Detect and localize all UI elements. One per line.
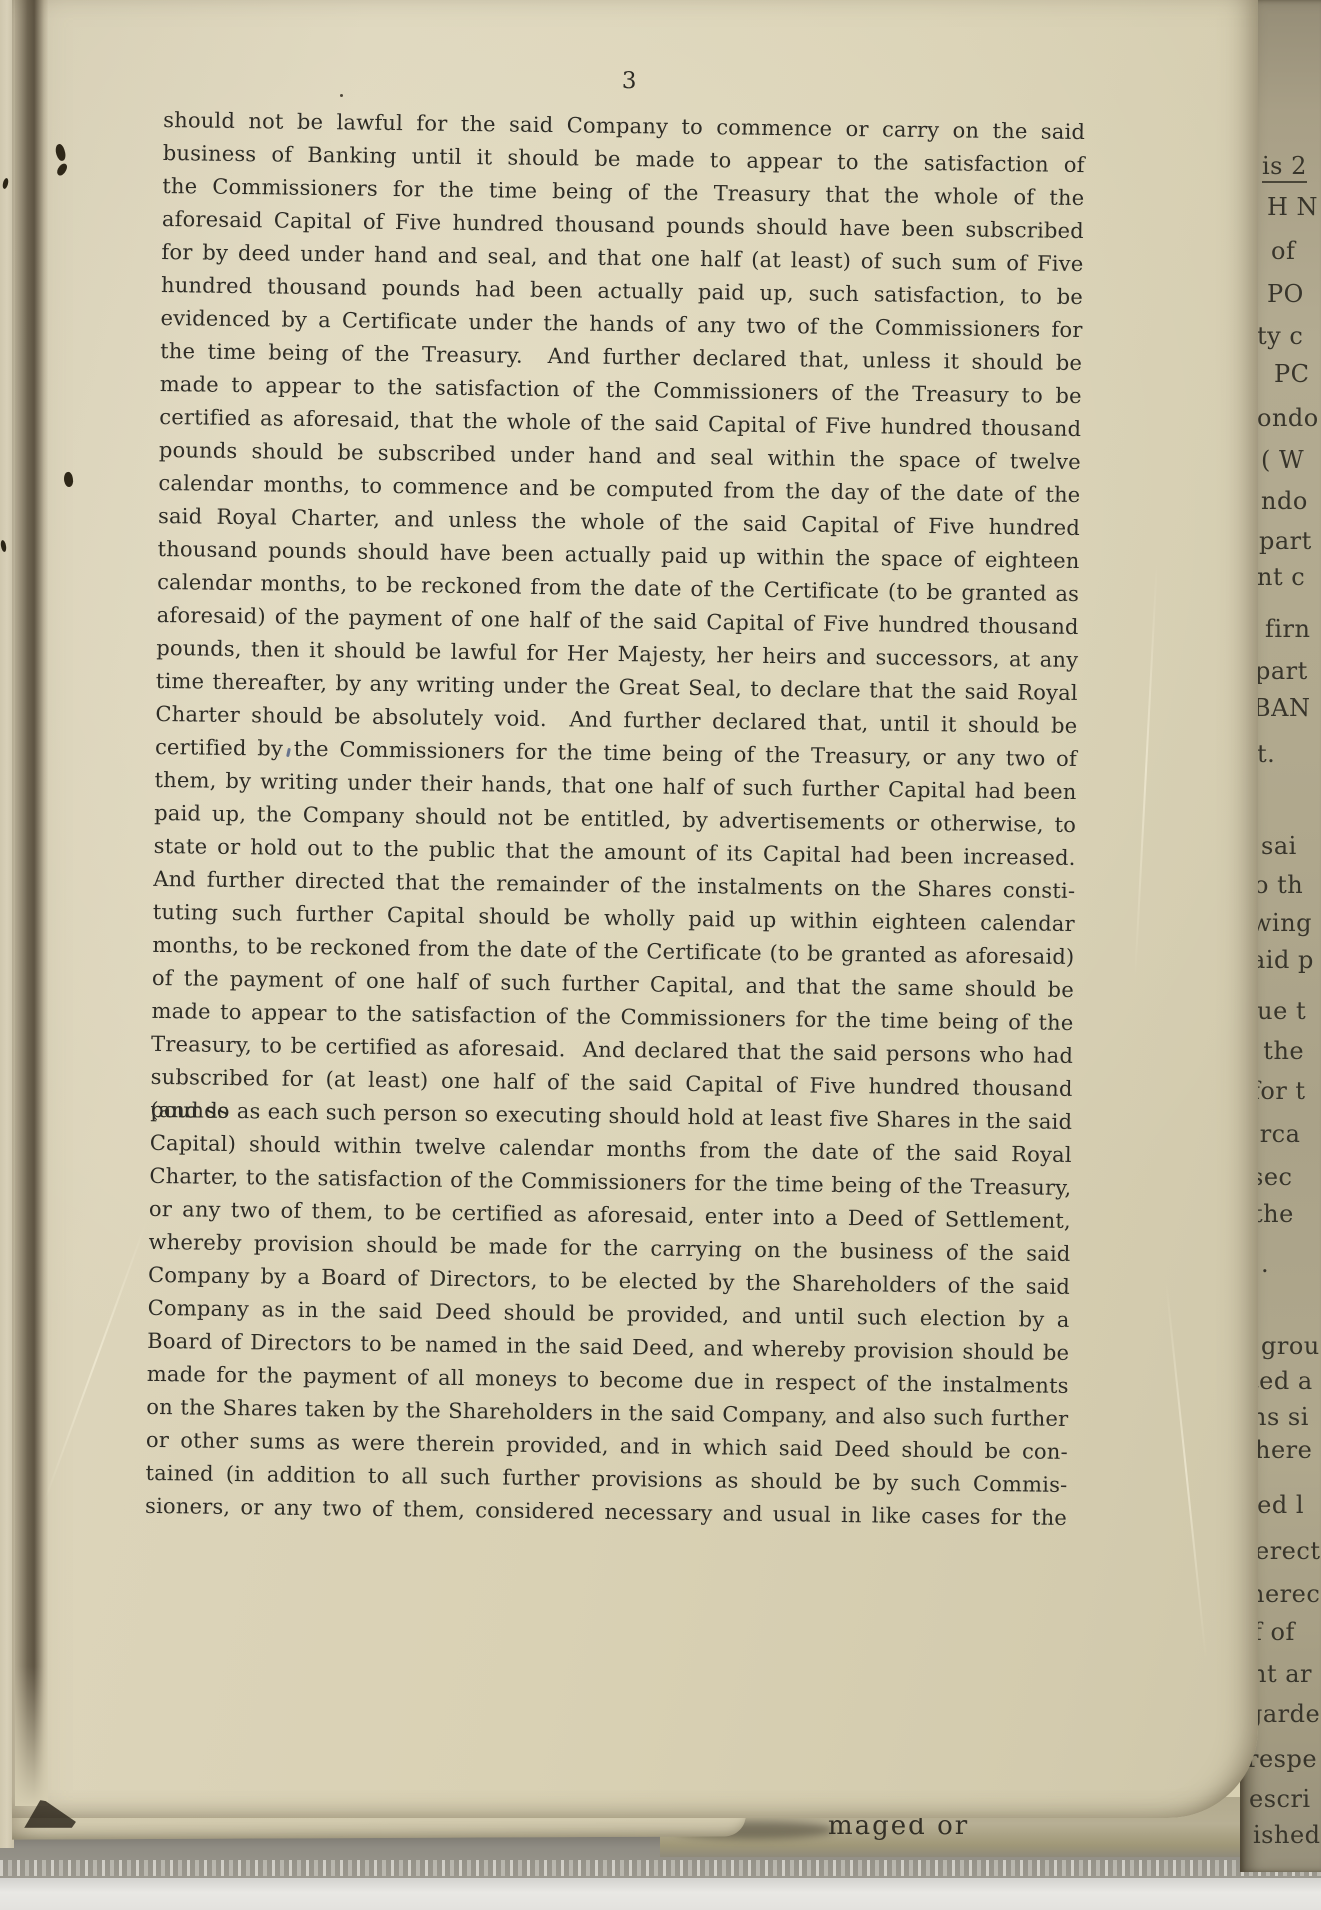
scanner-surface xyxy=(0,1878,1321,1910)
edge-text-fragment: firn xyxy=(1265,615,1311,643)
main-page: 3 should not be lawful for the said Comp… xyxy=(12,0,1258,1818)
edge-text-fragment: part xyxy=(1255,657,1308,685)
edge-text-fragment: the xyxy=(1253,1200,1294,1228)
edge-text-fragment: PO xyxy=(1267,280,1304,308)
edge-text-fragment: ns si xyxy=(1251,1403,1309,1431)
edge-text-fragment: ondo xyxy=(1257,404,1319,432)
edge-text-fragment: H N xyxy=(1267,193,1318,221)
edge-text-fragment: of xyxy=(1271,237,1295,265)
page-edge-speckle xyxy=(0,1860,1321,1876)
edge-text-fragment: ht ar xyxy=(1251,1660,1312,1688)
edge-text-fragment: ( W xyxy=(1261,446,1304,474)
edge-text-fragment: part xyxy=(1259,527,1312,555)
edge-text-fragment: ty c xyxy=(1257,322,1303,350)
edge-text-fragment: sai xyxy=(1261,832,1297,860)
edge-text-fragment: wing xyxy=(1251,909,1312,937)
edge-text-fragment: erect xyxy=(1255,1537,1320,1565)
edge-text-fragment: o th xyxy=(1254,871,1303,899)
paper-crease xyxy=(1134,560,1158,980)
paper-crease xyxy=(44,1219,148,1502)
edge-text-fragment: PC xyxy=(1274,360,1310,388)
edge-text-fragment: t. xyxy=(1257,740,1275,768)
edge-text-fragment: aid p xyxy=(1251,946,1314,974)
dust-speck xyxy=(340,94,343,97)
edge-text-fragment: respe xyxy=(1247,1745,1317,1773)
page-number: 3 xyxy=(622,68,638,94)
edge-text-fragment: . xyxy=(1261,1250,1269,1278)
paper-crease xyxy=(1165,1281,1207,1659)
stitch-mark xyxy=(54,143,68,162)
edge-text-fragment: nt c xyxy=(1257,563,1305,591)
edge-text-fragment: ted a xyxy=(1249,1367,1313,1395)
edge-text-fragment: grou xyxy=(1261,1332,1320,1360)
edge-text-fragment: for t xyxy=(1251,1077,1306,1105)
edge-text-fragment: escri xyxy=(1249,1785,1311,1813)
gutter-shadow xyxy=(15,0,48,1806)
text-block: should not be lawful for the said Compan… xyxy=(145,104,1085,1535)
stitch-mark xyxy=(56,162,69,177)
edge-text-fragment: BAN xyxy=(1253,694,1310,722)
stitch-mark xyxy=(63,471,75,488)
edge-text-fragment: ndo xyxy=(1261,487,1308,515)
edge-text-fragment: is 2 xyxy=(1262,152,1307,183)
edge-text-fragment: here xyxy=(1255,1436,1312,1464)
edge-text-fragment: f of xyxy=(1253,1618,1295,1646)
edge-text-fragment: ished xyxy=(1253,1821,1321,1849)
book-scan: maged or is 2H NofPOty cPCondo( Wndopart… xyxy=(0,0,1321,1910)
edge-text-fragment: herec xyxy=(1249,1580,1320,1608)
printed-content: 3 should not be lawful for the said Comp… xyxy=(164,62,1086,74)
